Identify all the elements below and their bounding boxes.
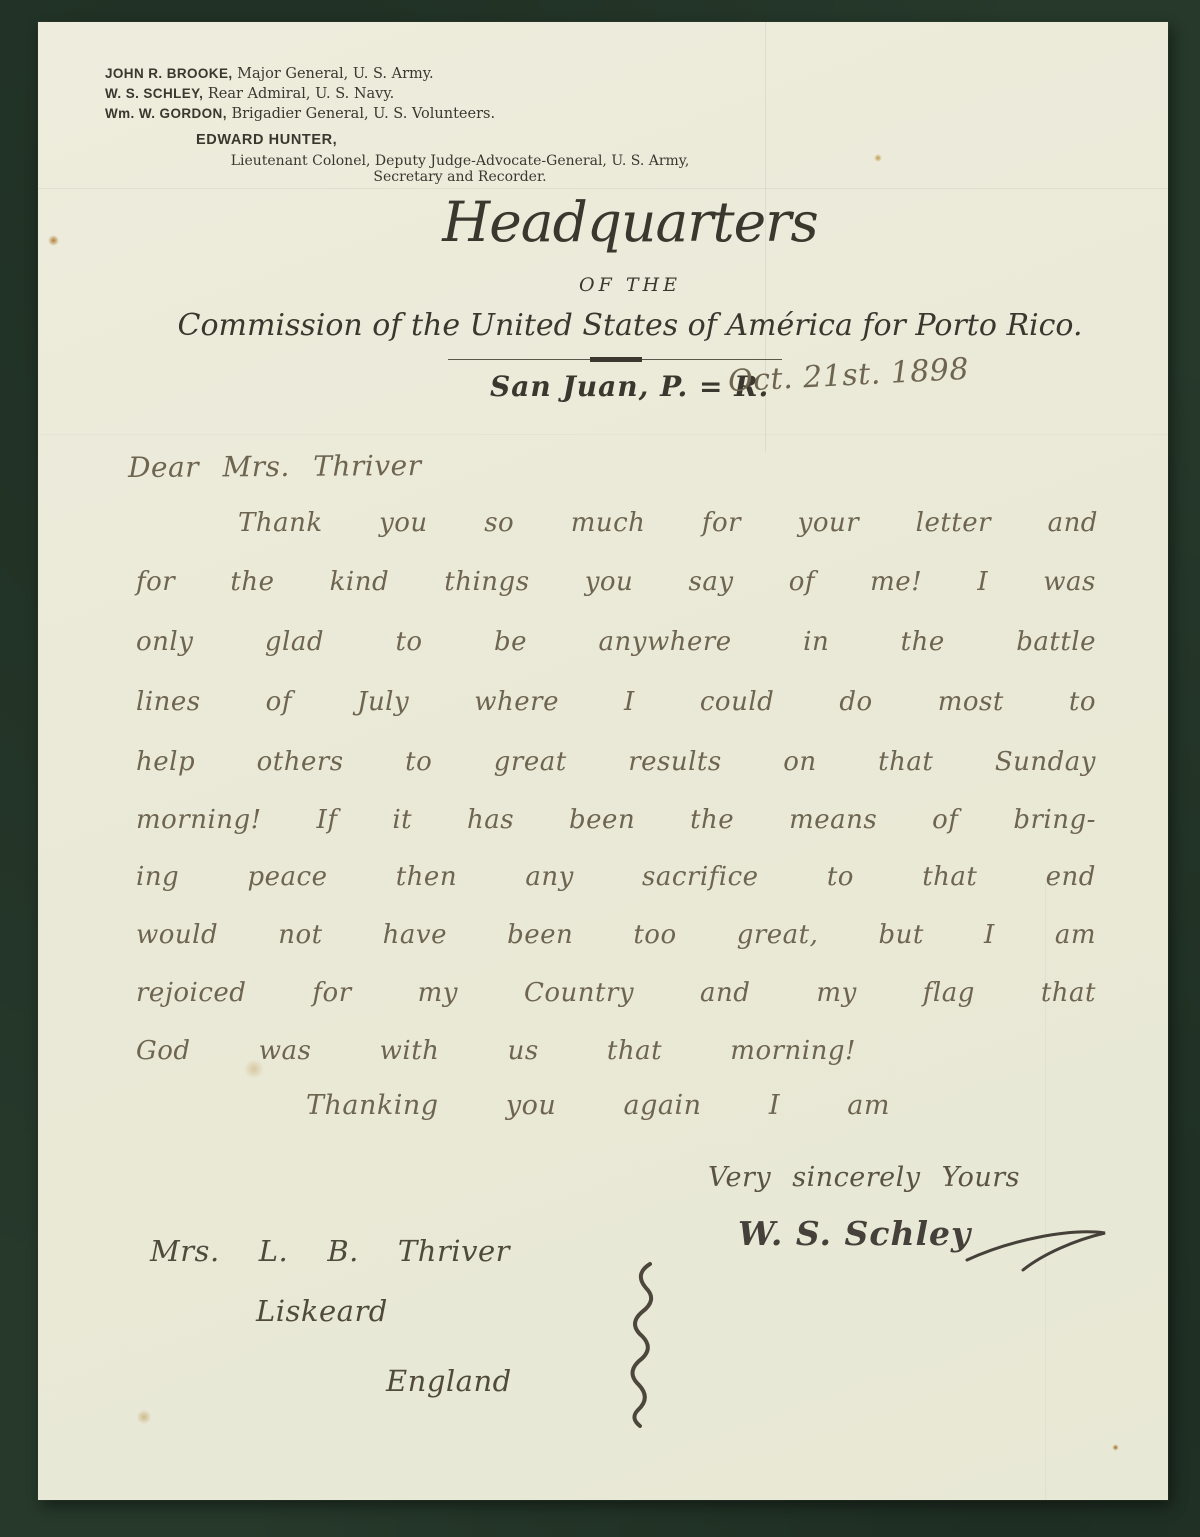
word: means xyxy=(789,805,877,835)
word: be xyxy=(494,627,527,657)
word: England xyxy=(386,1364,512,1398)
word: sacrifice xyxy=(642,862,759,892)
word: for xyxy=(136,567,175,597)
word: but xyxy=(879,920,924,950)
word: Country xyxy=(524,978,634,1008)
word: B. xyxy=(327,1234,359,1268)
word: kind xyxy=(330,567,389,597)
word: and xyxy=(700,978,750,1008)
word: you xyxy=(379,508,428,538)
word: am xyxy=(847,1090,890,1121)
word: for xyxy=(312,978,351,1008)
word: of xyxy=(932,805,958,835)
word: been xyxy=(507,920,573,950)
word: the xyxy=(901,627,945,657)
thanks-line: ThankingyouagainIam xyxy=(306,1090,890,1121)
word: it xyxy=(392,805,412,835)
word: then xyxy=(396,862,457,892)
word: battle xyxy=(1016,627,1096,657)
word: Thriver xyxy=(398,1234,510,1268)
word: you xyxy=(506,1090,556,1121)
word: again xyxy=(624,1090,702,1121)
decorative-rule-center xyxy=(590,357,642,362)
word: I xyxy=(977,567,988,597)
word: most xyxy=(938,687,1004,717)
word: the xyxy=(230,567,274,597)
word: to xyxy=(1069,687,1096,717)
word: would xyxy=(136,920,218,950)
recipient-line: Mrs.L.B.Thriver xyxy=(150,1234,510,1268)
officer-name: JOHN R. BROOKE, xyxy=(105,66,233,81)
signature-text: W. S. Schley xyxy=(738,1214,971,1253)
word: others xyxy=(257,747,344,777)
word: and xyxy=(1048,508,1098,538)
letter-line: onlygladtobeanywhereinthebattle xyxy=(136,627,1096,657)
word: great xyxy=(494,747,567,777)
word: rejoiced xyxy=(136,978,246,1008)
letterhead-secretary-name: EDWARD HUNTER, xyxy=(196,132,337,148)
word: was xyxy=(1043,567,1096,597)
recipient-line: Liskeard xyxy=(256,1294,481,1328)
word: not xyxy=(278,920,322,950)
word: lines xyxy=(136,687,201,717)
word: have xyxy=(383,920,447,950)
word: results xyxy=(628,747,722,777)
word: things xyxy=(444,567,529,597)
word: to xyxy=(827,862,854,892)
word: to xyxy=(405,747,432,777)
officer-title: Brigadier General, U. S. Volunteers. xyxy=(227,106,495,122)
word: I xyxy=(624,687,635,717)
word: Yours xyxy=(942,1162,1020,1193)
word: of xyxy=(266,687,292,717)
officer-title: Major General, U. S. Army. xyxy=(233,66,434,82)
word: I xyxy=(769,1090,780,1121)
word: my xyxy=(418,978,458,1008)
word: Thanking xyxy=(306,1090,439,1121)
letter-line: Godwaswithusthatmorning! xyxy=(136,1036,856,1066)
word: that xyxy=(1041,978,1096,1008)
word: for xyxy=(702,508,741,538)
letterhead-commission-line: Commission of the United States of Améri… xyxy=(92,308,1168,343)
word: end xyxy=(1046,862,1096,892)
word: any xyxy=(525,862,573,892)
letterhead-subheading: OF THE xyxy=(92,274,1168,296)
word: am xyxy=(1055,920,1096,950)
letter-line: Thankyousomuchforyourletterand xyxy=(238,508,1098,538)
word: of xyxy=(789,567,815,597)
word: help xyxy=(136,747,195,777)
letterhead-secretary-title: Lieutenant Colonel, Deputy Judge-Advocat… xyxy=(200,153,720,185)
word: much xyxy=(571,508,646,538)
word: Thank xyxy=(238,508,323,538)
letter-page: JOHN R. BROOKE, Major General, U. S. Arm… xyxy=(38,22,1168,1500)
officer-row: JOHN R. BROOKE, Major General, U. S. Arm… xyxy=(105,64,495,84)
word: bring- xyxy=(1013,805,1096,835)
word: could xyxy=(700,687,774,717)
letter-line: wouldnothavebeentoogreat,butIam xyxy=(136,920,1096,950)
word: say xyxy=(688,567,733,597)
stain xyxy=(874,154,882,162)
greeting-line: Dear Mrs. Thriver xyxy=(128,449,422,484)
word: so xyxy=(484,508,514,538)
secretary-title-line2: Secretary and Recorder. xyxy=(200,169,720,185)
word: been xyxy=(569,805,635,835)
fold-crease xyxy=(38,434,1168,436)
word: glad xyxy=(265,627,324,657)
letter-line: forthekindthingsyousayofme!Iwas xyxy=(136,567,1096,597)
officer-row: W. S. SCHLEY, Rear Admiral, U. S. Navy. xyxy=(105,84,495,104)
word: that xyxy=(878,747,933,777)
word: was xyxy=(259,1036,312,1066)
word: I xyxy=(984,920,995,950)
word: letter xyxy=(916,508,991,538)
fold-crease xyxy=(1045,882,1047,1500)
officer-name: Wm. W. GORDON, xyxy=(105,106,227,121)
word: has xyxy=(467,805,514,835)
word: that xyxy=(922,862,977,892)
secretary-title-line1: Lieutenant Colonel, Deputy Judge-Advocat… xyxy=(200,153,720,169)
stain xyxy=(1112,1444,1119,1451)
decorative-rule xyxy=(448,359,782,360)
letter-line: linesofJulywhereIcoulddomostto xyxy=(136,687,1096,717)
word: morning! xyxy=(730,1036,856,1066)
word: morning! xyxy=(136,805,262,835)
word: anywhere xyxy=(599,627,732,657)
word: too xyxy=(633,920,676,950)
letter-line: ingpeacethenanysacrificetothatend xyxy=(136,862,1096,892)
word: If xyxy=(317,805,338,835)
signature-flourish xyxy=(965,1224,1115,1276)
word: July xyxy=(357,687,409,717)
letter-line: morning!Ifithasbeenthemeansofbring- xyxy=(136,805,1096,835)
word: Liskeard xyxy=(256,1294,388,1328)
officer-row: Wm. W. GORDON, Brigadier General, U. S. … xyxy=(105,104,495,124)
word: us xyxy=(508,1036,539,1066)
officer-name: W. S. SCHLEY, xyxy=(105,86,203,101)
word: only xyxy=(136,627,193,657)
letter-line: helpotherstogreatresultsonthatSunday xyxy=(136,747,1096,777)
closing-line: VerysincerelyYours xyxy=(708,1162,1020,1193)
word: sincerely xyxy=(792,1162,920,1193)
word: great, xyxy=(737,920,819,950)
word: my xyxy=(816,978,856,1008)
officer-title: Rear Admiral, U. S. Navy. xyxy=(203,86,394,102)
stain xyxy=(136,1410,152,1424)
stain xyxy=(48,235,59,246)
word: Mrs. xyxy=(150,1234,220,1268)
word: God xyxy=(136,1036,191,1066)
word: to xyxy=(395,627,422,657)
word: L. xyxy=(259,1234,288,1268)
word: me! xyxy=(870,567,922,597)
word: your xyxy=(798,508,860,538)
signature: W. S. Schley xyxy=(738,1214,1115,1276)
word: ing xyxy=(136,862,179,892)
word: where xyxy=(474,687,559,717)
word: on xyxy=(783,747,816,777)
word: flag xyxy=(923,978,975,1008)
word: peace xyxy=(247,862,327,892)
word: in xyxy=(803,627,829,657)
recipient-line: England xyxy=(386,1364,566,1398)
word: that xyxy=(607,1036,662,1066)
word: Very xyxy=(708,1162,771,1193)
brace-squiggle xyxy=(620,1260,668,1430)
letter-line: rejoicedformyCountryandmyflagthat xyxy=(136,978,1096,1008)
letterhead-officers-list: JOHN R. BROOKE, Major General, U. S. Arm… xyxy=(105,64,495,124)
word: you xyxy=(585,567,634,597)
word: Sunday xyxy=(995,747,1096,777)
word: the xyxy=(690,805,734,835)
word: do xyxy=(839,687,872,717)
word: with xyxy=(380,1036,440,1066)
letterhead-heading: Headquarters xyxy=(92,190,1168,254)
